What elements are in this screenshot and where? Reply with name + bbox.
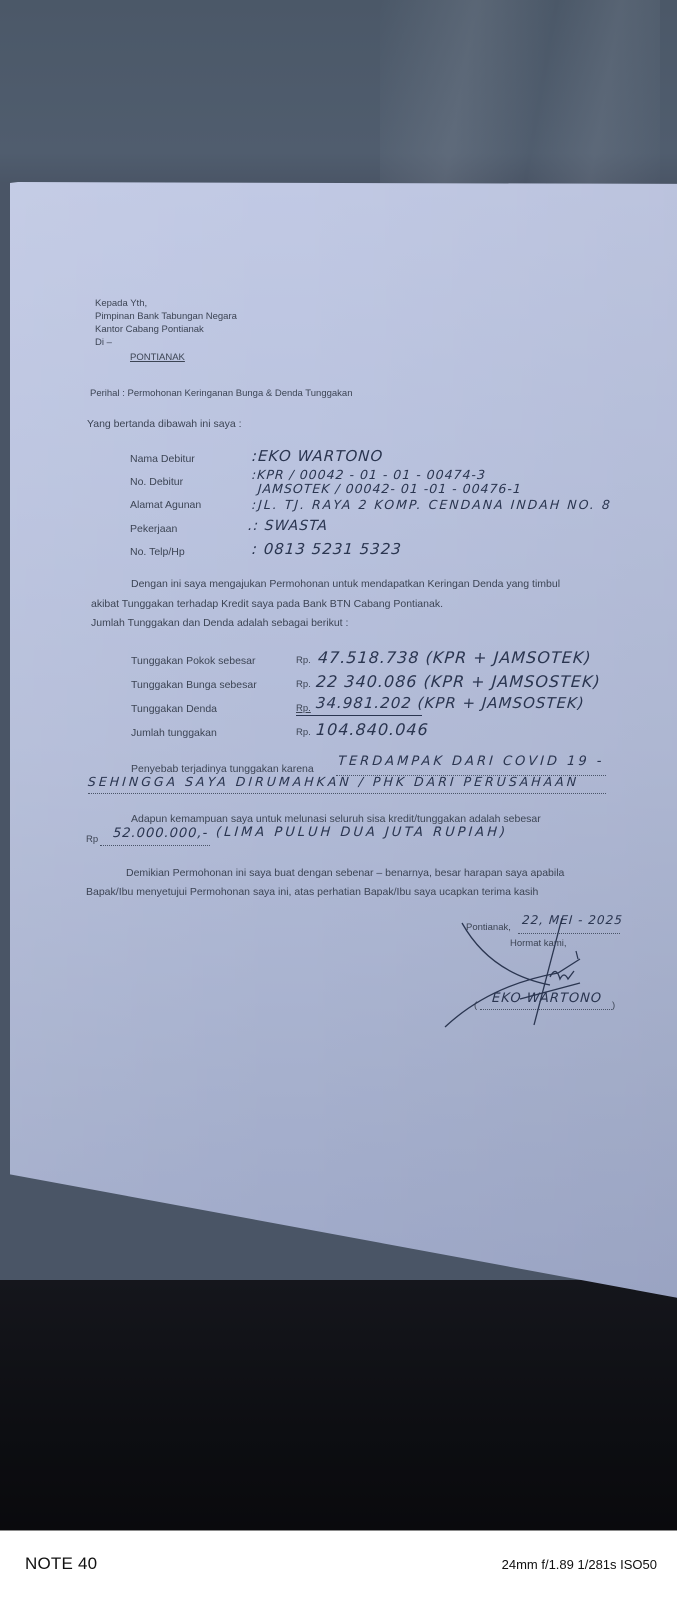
recipient-line3: Di – — [95, 337, 112, 348]
field-label-name: Nama Debitur — [130, 453, 195, 465]
arrears-value-interest: 22 340.086 (KPR + JAMSOSTEK) — [315, 672, 601, 691]
signature-scribble — [430, 915, 650, 1055]
arrears-prefix-total: Rp. — [296, 727, 311, 738]
arrears-label-principal: Tunggakan Pokok sebesar — [131, 655, 256, 667]
field-value-occupation: .: SWASTA — [247, 518, 328, 534]
closing-line1: Demikian Permohonan ini saya buat dengan… — [126, 867, 564, 879]
arrears-label-total: Jumlah tunggakan — [131, 727, 217, 739]
field-label-debtor-no: No. Debitur — [130, 476, 183, 488]
cause-line2: SEHINGGA SAYA DIRUMAHKAN / PHK DARI PERU… — [87, 774, 579, 789]
penalty-underline — [296, 715, 422, 716]
subject-line: Perihal : Permohonan Keringanan Bunga & … — [90, 388, 353, 399]
recipient-salutation: Kepada Yth, — [95, 298, 147, 309]
field-value-debtor-no: :KPR / 00042 - 01 - 01 - 00474-3 — [251, 467, 486, 482]
field-value-address: :JL. TJ. RAYA 2 KOMP. CENDANA INDAH NO. … — [251, 497, 612, 512]
recipient-line1: Pimpinan Bank Tabungan Negara — [95, 311, 237, 322]
recipient-line2: Kantor Cabang Pontianak — [95, 324, 204, 335]
field-value-phone: : 0813 5231 5323 — [251, 540, 402, 558]
recipient-city: PONTIANAK — [130, 352, 185, 363]
paragraph1-line2: akibat Tunggakan terhadap Kredit saya pa… — [91, 598, 443, 610]
field-label-phone: No. Telp/Hp — [130, 546, 185, 558]
cause-line1: TERDAMPAK DARI COVID 19 - — [337, 754, 605, 769]
paragraph1-line1: Dengan ini saya mengajukan Permohonan un… — [131, 578, 560, 590]
dark-table-surface — [0, 1280, 677, 1530]
document-photo: Kepada Yth, Pimpinan Bank Tabungan Negar… — [0, 0, 677, 1530]
ability-amount: 52.000.000,- — [112, 826, 208, 841]
arrears-value-principal: 47.518.738 (KPR + JAMSOTEK) — [317, 648, 592, 667]
field-value-debtor-no-2: JAMSOTEK / 00042- 01 -01 - 00476-1 — [257, 481, 522, 496]
ability-line: Adapun kemampuan saya untuk melunasi sel… — [131, 813, 541, 825]
ability-prefix: Rp — [86, 834, 98, 845]
camera-model: NOTE 40 — [25, 1554, 97, 1574]
arrears-prefix-principal: Rp. — [296, 655, 311, 666]
camera-watermark-footer: NOTE 40 24mm f/1.89 1/281s ISO50 — [0, 1530, 677, 1600]
closing-line2: Bapak/Ibu menyetujui Permohonan saya ini… — [86, 886, 538, 898]
ability-dotline — [100, 845, 210, 846]
field-label-address: Alamat Agunan — [130, 499, 201, 511]
camera-exif: 24mm f/1.89 1/281s ISO50 — [502, 1557, 657, 1572]
arrears-prefix-interest: Rp. — [296, 679, 311, 690]
intro-line: Yang bertanda dibawah ini saya : — [87, 418, 242, 430]
arrears-label-penalty: Tunggakan Denda — [131, 703, 217, 715]
arrears-prefix-penalty: Rp. — [296, 703, 311, 714]
letter: Kepada Yth, Pimpinan Bank Tabungan Negar… — [0, 0, 677, 1300]
field-value-name: :EKO WARTONO — [251, 447, 384, 465]
arrears-label-interest: Tunggakan Bunga sebesar — [131, 679, 257, 691]
paragraph1-line3: Jumlah Tunggakan dan Denda adalah sebaga… — [91, 617, 348, 629]
arrears-value-penalty: 34.981.202 (KPR + JAMSOSTEK) — [315, 694, 585, 712]
cause-dotline-2 — [88, 793, 606, 794]
arrears-value-total: 104.840.046 — [315, 720, 429, 739]
field-label-occupation: Pekerjaan — [130, 523, 177, 535]
ability-words: (LIMA PULUH DUA JUTA RUPIAH) — [215, 825, 508, 840]
